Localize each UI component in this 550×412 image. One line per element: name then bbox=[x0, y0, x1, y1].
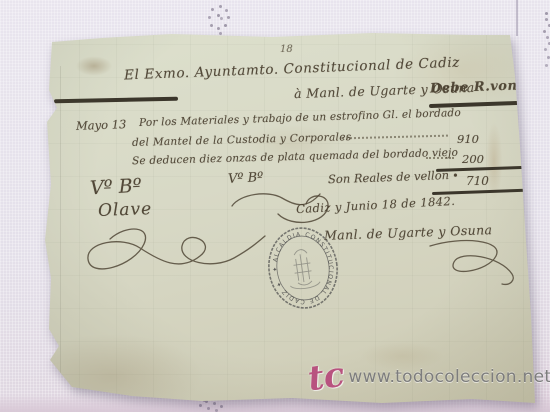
entry-amount: 200 bbox=[462, 152, 484, 166]
photo-scene: 18 El Exmo. Ayuntamto. Constitucional de… bbox=[0, 0, 550, 412]
paper-crease bbox=[60, 66, 61, 396]
signature-rubric bbox=[412, 234, 522, 294]
entry-amount: 910 bbox=[457, 132, 479, 146]
municipal-seal: ✦ ALCALDIA CONSTITUCIONAL DE CADIZ ✦ bbox=[258, 219, 347, 317]
rule-left-margin bbox=[54, 97, 178, 103]
entry-text: Por los Materiales y trabajo de un estro… bbox=[139, 107, 461, 129]
todocoleccion-logo-icon: tc bbox=[306, 358, 347, 397]
document-paper: 18 El Exmo. Ayuntamto. Constitucional de… bbox=[42, 26, 538, 408]
dotted-leader bbox=[426, 157, 454, 159]
dotted-leader bbox=[342, 135, 448, 140]
watermark: tc www.todocoleccion.net bbox=[308, 360, 550, 394]
total-label: Son Reales de vellon ∙ bbox=[328, 168, 459, 187]
watermark-url: www.todocoleccion.net bbox=[348, 367, 550, 387]
entry-text: Se deducen diez onzas de plata quemada d… bbox=[132, 147, 458, 168]
entry-date: Mayo 13 bbox=[76, 117, 127, 133]
header-line1: El Exmo. Ayuntamto. Constitucional de Ca… bbox=[124, 55, 460, 84]
debit-label: Debe R.von bbox=[430, 78, 518, 96]
lace-motif-right bbox=[545, 12, 548, 15]
page-number: 18 bbox=[280, 44, 293, 55]
lace-motif-top bbox=[217, 14, 220, 17]
total-amount: 710 bbox=[466, 174, 489, 188]
entry-text: del Mantel de la Custodia y Corporales bbox=[132, 131, 352, 149]
